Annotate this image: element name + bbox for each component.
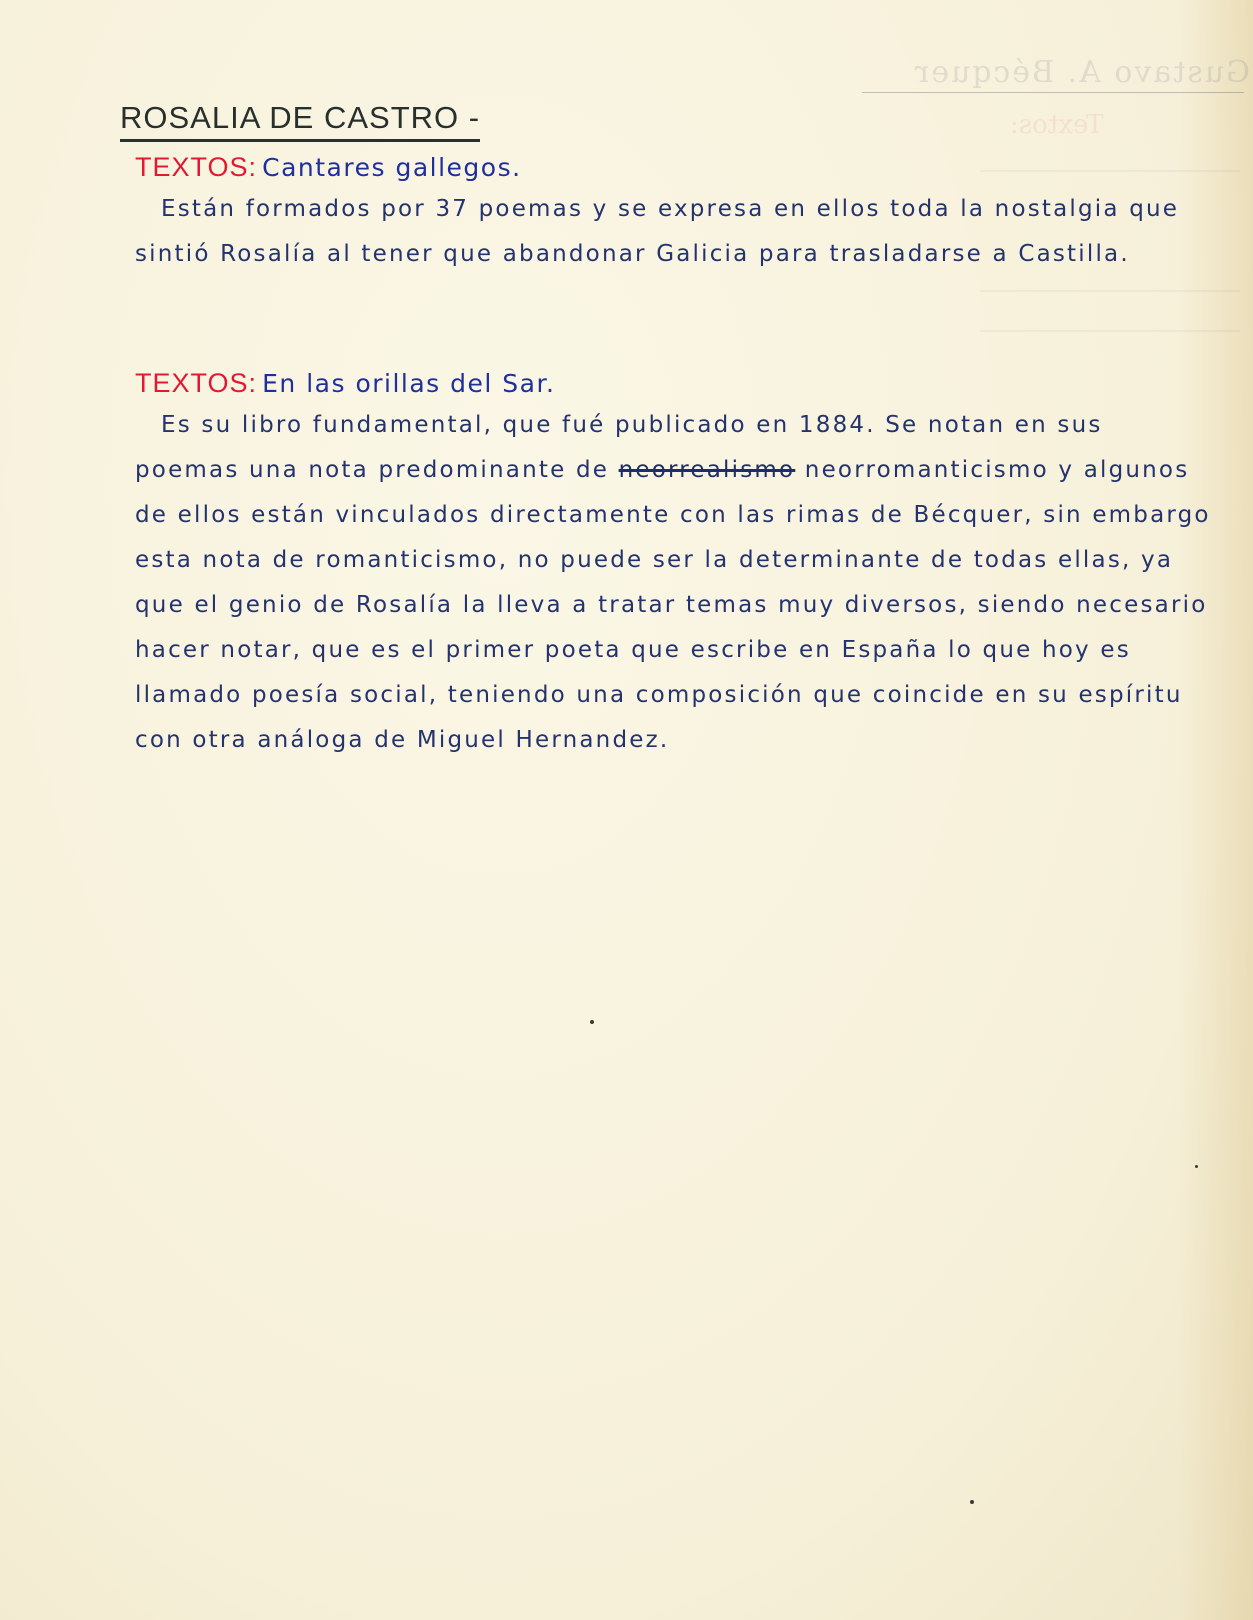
body-text: neorromanticismo y algunos de ellos está…	[135, 457, 1211, 753]
section-label: TEXTOS:	[135, 368, 257, 398]
paper-speck	[1195, 1165, 1198, 1168]
section-header: TEXTOS: Cantares gallegos.	[135, 152, 1213, 183]
page-heading: ROSALIA DE CASTRO -	[120, 100, 480, 142]
bleed-through-line	[980, 290, 1240, 292]
section-orillas-del-sar: TEXTOS: En las orillas del Sar. Es su li…	[135, 368, 1213, 763]
section-label: TEXTOS:	[135, 152, 257, 182]
bleed-through-heading: Gustavo A. Bécquer	[860, 55, 1250, 90]
section-body: Es su libro fundamental, que fué publica…	[135, 403, 1213, 763]
section-cantares-gallegos: TEXTOS: Cantares gallegos. Están formado…	[135, 152, 1213, 277]
bleed-through-underline	[862, 92, 1244, 93]
section-title: Cantares gallegos.	[262, 153, 521, 182]
paper-speck	[590, 1020, 594, 1024]
section-body: Están formados por 37 poemas y se expres…	[135, 187, 1213, 277]
bleed-through-line	[980, 330, 1240, 332]
section-title: En las orillas del Sar.	[262, 369, 555, 398]
struck-through-word: neorrealismo	[619, 457, 796, 483]
bleed-through-label: Textos:	[1010, 110, 1104, 140]
body-text: Están formados por 37 poemas y se expres…	[135, 196, 1179, 267]
section-header: TEXTOS: En las orillas del Sar.	[135, 368, 1213, 399]
paper-speck	[970, 1500, 974, 1504]
